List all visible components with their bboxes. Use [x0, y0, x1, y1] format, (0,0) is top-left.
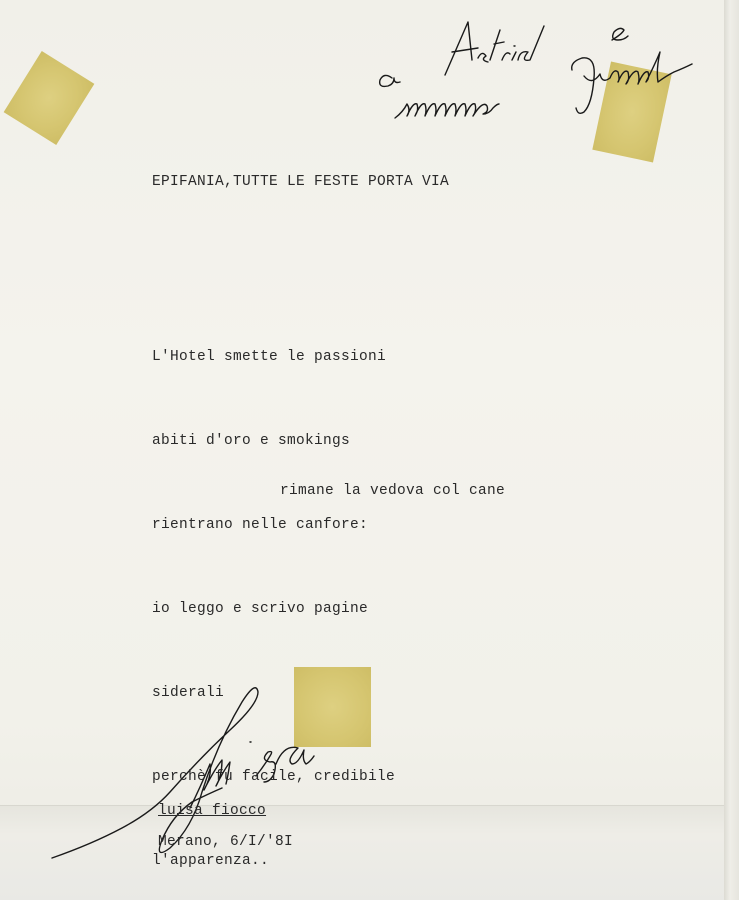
poem-line: abiti d'oro e smokings — [152, 427, 395, 455]
poem-line: siderali — [152, 679, 395, 707]
poem-line: io leggo e scrivo pagine — [152, 595, 395, 623]
poem-line: rientrano nelle canfore: — [152, 511, 395, 539]
author-name: luisa fiocco — [158, 803, 266, 819]
poem-line: l'apparenza.. — [152, 847, 395, 875]
place-date: Merano, 6/I/'8I — [158, 834, 293, 850]
poem-title: EPIFANIA,TUTTE LE FESTE PORTA VIA — [152, 174, 449, 190]
poem-final-line: rimane la vedova col cane — [280, 483, 505, 499]
poem-line: perchè fu facile, credibile — [152, 763, 395, 791]
paper-edge — [724, 0, 739, 900]
poem-line: L'Hotel smette le passioni — [152, 343, 395, 371]
